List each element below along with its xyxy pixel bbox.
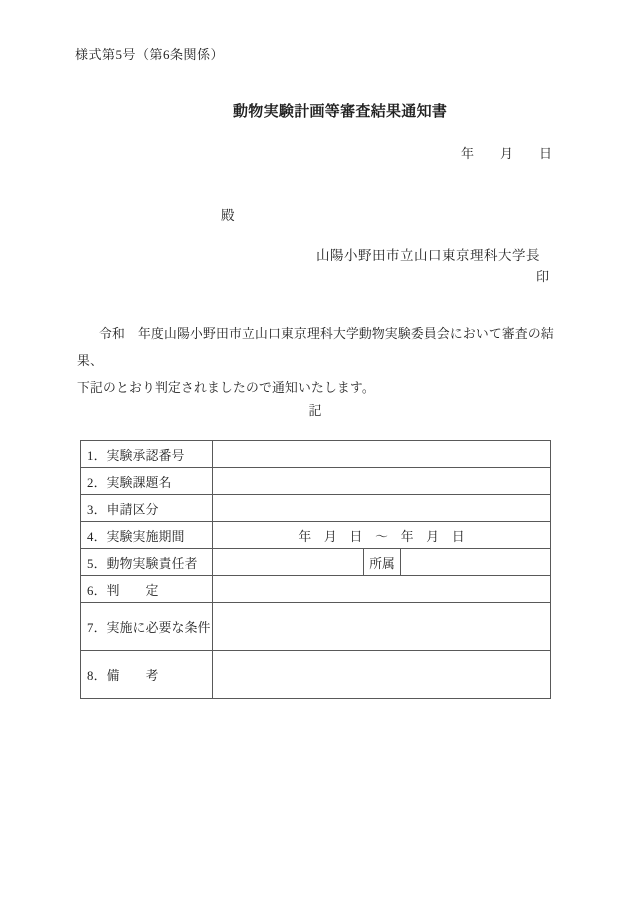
table-row-approval-number: 1．実験承認番号 [81, 441, 551, 468]
row-label: 3．申請区分 [81, 495, 213, 522]
row-label: 1．実験承認番号 [81, 441, 213, 468]
row-label: 5．動物実験責任者 [81, 549, 213, 576]
table-row-application-category: 3．申請区分 [81, 495, 551, 522]
row-value [213, 468, 551, 495]
row-value [213, 576, 551, 603]
table-row-responsible-person: 5．動物実験責任者 所属 [81, 549, 551, 576]
table-row-experiment-period: 4．実験実施期間 年 月 日 ～ 年 月 日 [81, 522, 551, 549]
date-line: 年 月 日 [461, 143, 552, 162]
row-value [213, 651, 551, 699]
seal-mark: 印 [536, 266, 549, 285]
body-paragraph: 令和 年度山陽小野田市立山口東京理科大学動物実験委員会において審査の結果、 下記… [77, 321, 563, 402]
row-value [213, 441, 551, 468]
row-value-period: 年 月 日 ～ 年 月 日 [213, 522, 551, 549]
issuer-name: 山陽小野田市立山口東京理科大学長 [316, 244, 540, 264]
table-row-experiment-title: 2．実験課題名 [81, 468, 551, 495]
document-page: 様式第5号（第6条関係） 動物実験計画等審査結果通知書 年 月 日 殿 山陽小野… [0, 0, 630, 903]
document-title: 動物実験計画等審査結果通知書 [233, 100, 447, 121]
table-row-remarks: 8．備 考 [81, 651, 551, 699]
body-line-2: 下記のとおり判定されましたので通知いたします。 [77, 375, 563, 402]
table-row-judgement: 6．判 定 [81, 576, 551, 603]
record-marker: 記 [0, 400, 630, 419]
addressee-honorific: 殿 [221, 204, 235, 224]
row-value-person [213, 549, 364, 576]
row-label: 6．判 定 [81, 576, 213, 603]
row-value [213, 495, 551, 522]
row-label: 7．実施に必要な条件 [81, 603, 213, 651]
row-label: 8．備 考 [81, 651, 213, 699]
review-result-table: 1．実験承認番号 2．実験課題名 3．申請区分 4．実験実施期間 年 月 日 ～… [80, 440, 551, 699]
row-value-affiliation [401, 549, 551, 576]
row-value [213, 603, 551, 651]
body-line-1: 令和 年度山陽小野田市立山口東京理科大学動物実験委員会において審査の結果、 [77, 321, 563, 375]
row-label: 2．実験課題名 [81, 468, 213, 495]
table-row-required-conditions: 7．実施に必要な条件 [81, 603, 551, 651]
affiliation-label: 所属 [364, 549, 401, 576]
form-number: 様式第5号（第6条関係） [75, 44, 224, 63]
row-label: 4．実験実施期間 [81, 522, 213, 549]
